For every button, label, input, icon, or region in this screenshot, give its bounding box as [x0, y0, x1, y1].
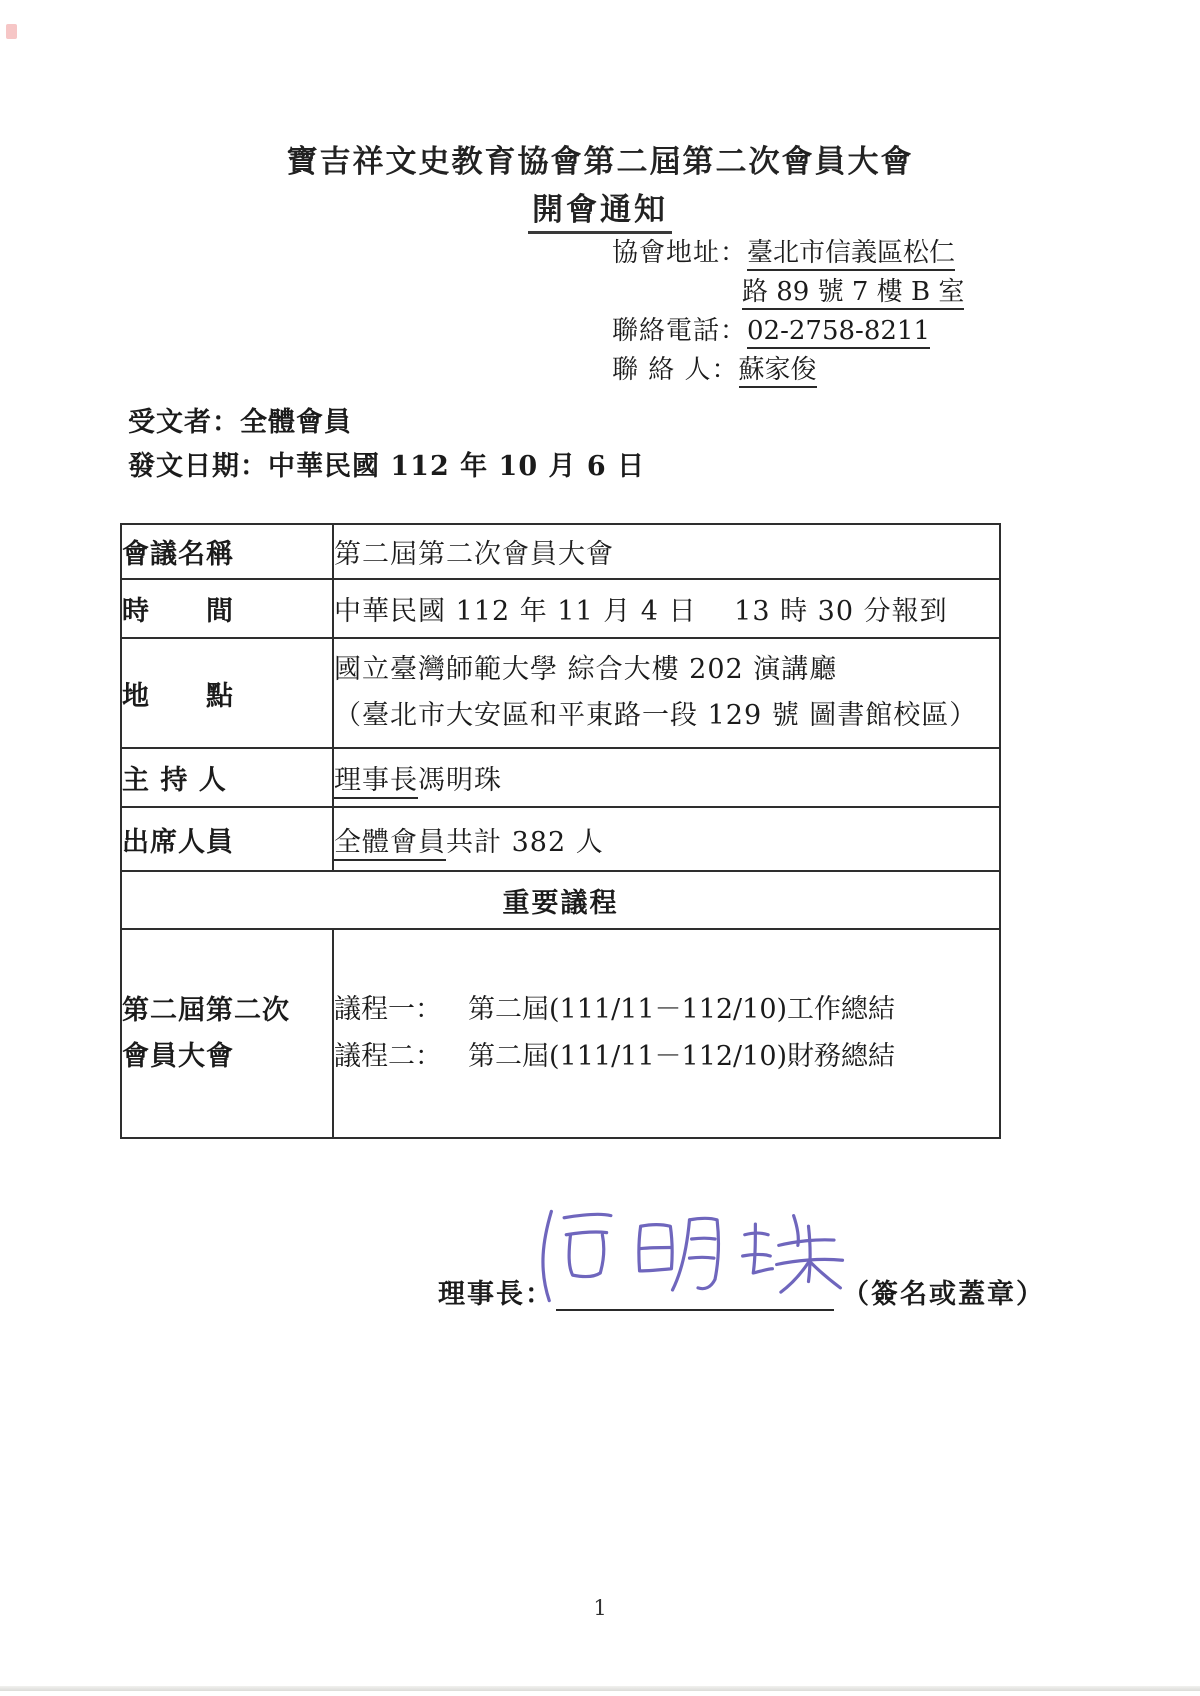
- recipient-line: 受文者：全體會員: [128, 400, 352, 439]
- place-value-line1: 國立臺灣師範大學 綜合大樓 202 演講廳: [334, 647, 999, 693]
- agenda-item-1: 議程一：第二屆(111/11－112/10)工作總結: [334, 994, 999, 1026]
- place-label: 地 點: [121, 638, 333, 748]
- host-value: 理事長馮明珠: [333, 748, 1000, 807]
- contact-phone-line: 聯絡電話：02-2758-8211: [612, 316, 964, 346]
- table-row-time: 時 間 中華民國 112 年 11 月 4 日 13 時 30 分報到: [121, 579, 1000, 638]
- agenda-session-line2: 會員大會: [122, 1041, 332, 1073]
- page-number: 1: [0, 1596, 1200, 1620]
- recipient-label: 受文者：: [128, 407, 240, 438]
- association-address-line1: 協會地址：臺北市信義區松仁: [612, 238, 964, 268]
- table-row-meeting-name: 會議名稱 第二屆第二次會員大會: [121, 524, 1000, 579]
- agenda-item-1-number: 議程一：: [334, 994, 442, 1025]
- agenda-session-line1: 第二屆第二次: [122, 995, 332, 1027]
- issue-date-label: 發文日期：: [128, 451, 268, 482]
- table-row-section-header: 重要議程: [121, 871, 1000, 929]
- host-label: 主 持 人: [121, 748, 333, 807]
- time-value: 中華民國 112 年 11 月 4 日 13 時 30 分報到: [333, 579, 1000, 638]
- agenda-item-2-text: 第二屆(111/11－112/10)財務總結: [468, 1041, 895, 1072]
- signature-hint: （簽名或蓋章）: [842, 1279, 1045, 1310]
- contact-person-line: 聯 絡 人：蘇家俊: [612, 355, 964, 385]
- time-label: 時 間: [121, 579, 333, 638]
- host-name: 馮明珠: [418, 765, 502, 796]
- agenda-item-2: 議程二：第二屆(111/11－112/10)財務總結: [334, 1041, 999, 1073]
- important-agenda-header: 重要議程: [121, 871, 1000, 929]
- issue-date-value: 中華民國 112 年 10 月 6 日: [268, 451, 645, 482]
- attendees-underlined: 全體會員: [334, 827, 446, 861]
- agenda-items-cell: 議程一：第二屆(111/11－112/10)工作總結 議程二：第二屆(111/1…: [333, 929, 1000, 1138]
- issue-date-line: 發文日期：中華民國 112 年 10 月 6 日: [128, 444, 645, 483]
- address-label: 協會地址：: [612, 238, 747, 268]
- notice-subtitle: 開會通知: [528, 184, 672, 234]
- scan-page-bottom-edge: [0, 1686, 1200, 1691]
- scan-artifact-red-mark: [6, 24, 17, 39]
- agenda-session-label-lines: 第二屆第二次 會員大會: [122, 995, 332, 1073]
- subtitle-wrap: 開會通知: [0, 184, 1200, 234]
- meeting-notice-table: 會議名稱 第二屆第二次會員大會 時 間 中華民國 112 年 11 月 4 日 …: [120, 523, 1001, 1139]
- contact-person-value: 蘇家俊: [739, 355, 817, 388]
- agenda-session-label: 第二屆第二次 會員大會: [121, 929, 333, 1138]
- phone-value: 02-2758-8211: [747, 316, 930, 349]
- association-address-line2: 路 89 號 7 樓 B 室: [742, 277, 964, 307]
- table-row-attendees: 出席人員 全體會員共計 382 人: [121, 807, 1000, 871]
- meeting-name-label: 會議名稱: [121, 524, 333, 579]
- agenda-item-2-number: 議程二：: [334, 1041, 442, 1072]
- phone-label: 聯絡電話：: [612, 316, 747, 346]
- address-value-line1: 臺北市信義區松仁: [747, 238, 955, 271]
- attendees-label: 出席人員: [121, 807, 333, 871]
- contact-block: 協會地址：臺北市信義區松仁 路 89 號 7 樓 B 室 聯絡電話：02-275…: [612, 238, 964, 394]
- meeting-name-value: 第二屆第二次會員大會: [333, 524, 1000, 579]
- attendees-count: 共計 382 人: [446, 827, 604, 858]
- host-title-underlined: 理事長: [334, 765, 418, 799]
- agenda-item-1-text: 第二屆(111/11－112/10)工作總結: [468, 994, 895, 1025]
- place-value-line2: （臺北市大安區和平東路一段 129 號 圖書館校區）: [334, 693, 999, 739]
- contact-person-label: 聯 絡 人：: [612, 355, 739, 385]
- table-row-host: 主 持 人 理事長馮明珠: [121, 748, 1000, 807]
- table-row-place: 地 點 國立臺灣師範大學 綜合大樓 202 演講廳 （臺北市大安區和平東路一段 …: [121, 638, 1000, 748]
- recipient-value: 全體會員: [240, 407, 352, 438]
- address-value-line2: 路 89 號 7 樓 B 室: [742, 277, 964, 310]
- attendees-value: 全體會員共計 382 人: [333, 807, 1000, 871]
- handwritten-signature-image: [528, 1200, 868, 1312]
- table-row-agenda: 第二屆第二次 會員大會 議程一：第二屆(111/11－112/10)工作總結 議…: [121, 929, 1000, 1138]
- place-value: 國立臺灣師範大學 綜合大樓 202 演講廳 （臺北市大安區和平東路一段 129 …: [333, 638, 1000, 748]
- page-title: 寶吉祥文史教育協會第二屆第二次會員大會: [0, 136, 1200, 181]
